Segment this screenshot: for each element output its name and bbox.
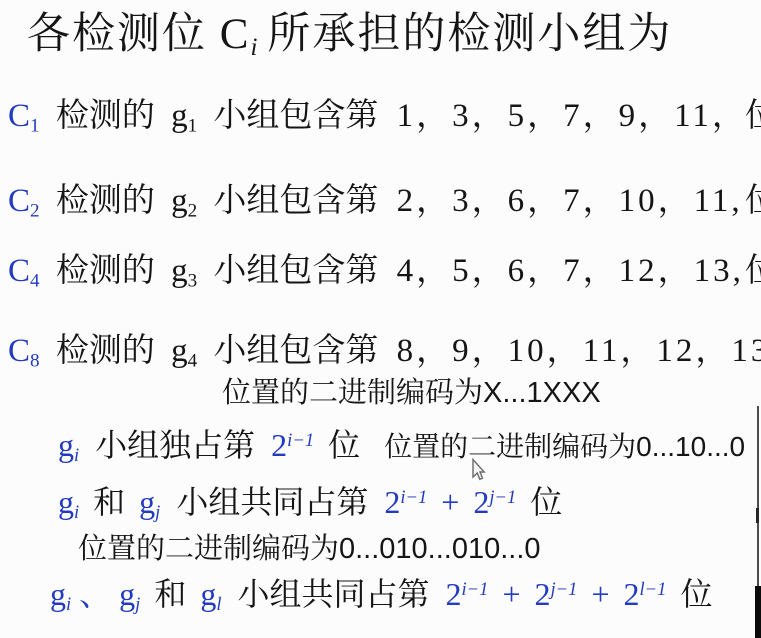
- group-index: j: [155, 502, 160, 523]
- power-base: 2: [384, 484, 400, 520]
- binary-note-010-010: 位置的二进制编码为0...010...010...0: [78, 533, 541, 566]
- detect-text: 检测的: [56, 253, 155, 289]
- power-formula: 2i−1: [446, 576, 489, 612]
- group-label: g4: [171, 333, 197, 369]
- group-label: g2: [171, 183, 197, 219]
- group-label: g1: [171, 98, 197, 134]
- detect-text: 检测的: [56, 333, 155, 369]
- power-base: 2: [535, 576, 551, 612]
- group-index: i: [74, 445, 79, 466]
- and-text: 和: [154, 576, 186, 612]
- power-exponent: i−1: [287, 430, 314, 451]
- group-letter: g: [171, 98, 188, 134]
- power-formula: 2j−1: [535, 576, 578, 612]
- group-letter: g: [200, 576, 216, 612]
- power-exponent: l−1: [640, 579, 667, 600]
- enumeration-comma: 、: [79, 576, 111, 612]
- bit-suffix: 位: [745, 183, 761, 221]
- group-letter: g: [139, 484, 155, 520]
- group-label: gj: [139, 484, 160, 520]
- check-bit-letter: C: [8, 253, 30, 289]
- group-letter: g: [171, 333, 188, 369]
- bit-suffix: 位: [745, 98, 761, 136]
- check-bit-letter: C: [8, 98, 30, 134]
- gij-shared-line: gi 和 gj 小组共同占第 2i−1 + 2j−1 位: [58, 484, 562, 524]
- power-formula: 2j−1: [473, 484, 516, 520]
- contains-text: 小组包含第: [213, 253, 378, 289]
- video-edge-tick: [756, 508, 759, 523]
- title-subscript: i: [250, 34, 259, 61]
- group-label: g3: [171, 253, 197, 289]
- contains-text: 小组包含第: [213, 98, 378, 134]
- video-edge-line: [757, 406, 759, 586]
- power-exponent: i−1: [462, 579, 489, 600]
- check-bit-index: 2: [30, 200, 40, 221]
- group-letter: g: [171, 183, 188, 219]
- group-letter: g: [119, 576, 135, 612]
- group-label: gi: [58, 427, 79, 463]
- position-numbers: 8，9，10，11，12，13,: [397, 333, 761, 369]
- detect-text: 检测的: [56, 183, 155, 219]
- group-letter: g: [58, 484, 74, 520]
- lecture-slide: 各检测位 Ci所承担的检测小组为 C1 检测的 g1 小组包含第 1，3，5，7…: [0, 0, 761, 638]
- bit-suffix: 位: [680, 576, 712, 612]
- position-numbers: 4，5，6，7，12，13,: [397, 253, 744, 289]
- check-bit-label: C4: [8, 253, 40, 289]
- shared-text: 小组共同占第: [176, 484, 368, 520]
- exclusive-text: 小组独占第: [95, 427, 255, 463]
- gijl-shared-line: gi 、 gj 和 gl 小组共同占第 2i−1 + 2j−1 + 2l−1 位: [50, 576, 712, 616]
- power-base: 2: [446, 576, 462, 612]
- check-bit-index: 8: [30, 350, 40, 371]
- check-bit-label: C1: [8, 98, 40, 134]
- group-index: l: [216, 594, 221, 615]
- group-letter: g: [50, 576, 66, 612]
- group-index: i: [66, 594, 71, 615]
- bit-suffix: 位: [328, 427, 360, 463]
- power-formula: 2i−1: [384, 484, 427, 520]
- check-group-row-c1: C1 检测的 g1 小组包含第 1，3，5，7，9，11， ··· 位: [8, 98, 761, 137]
- binary-note-010: 位置的二进制编码为0...10...0: [384, 431, 745, 462]
- detect-text: 检测的: [56, 98, 155, 134]
- check-bit-index: 4: [30, 270, 40, 291]
- title-text-pre: 各检测位 C: [27, 11, 250, 58]
- plus-sign: +: [441, 484, 459, 520]
- group-label: gj: [119, 576, 140, 612]
- check-bit-label: C2: [8, 183, 40, 219]
- power-exponent: j−1: [489, 487, 516, 508]
- power-formula: 2i−1: [271, 427, 314, 463]
- check-group-row-c2: C2 检测的 g2 小组包含第 2，3，6，7，10，11, ··· 位: [8, 183, 761, 222]
- power-base: 2: [473, 484, 489, 520]
- plus-sign: +: [502, 576, 520, 612]
- check-group-row-c4: C4 检测的 g3 小组包含第 4，5，6，7，12，13, ··· 位: [8, 253, 761, 292]
- position-numbers: 2，3，6，7，10，11,: [397, 183, 743, 219]
- power-exponent: i−1: [400, 487, 427, 508]
- binary-note-x1xxx: 位置的二进制编码为X...1XXX: [222, 377, 601, 410]
- contains-text: 小组包含第: [213, 183, 378, 219]
- page-title: 各检测位 Ci所承担的检测小组为: [27, 10, 672, 63]
- group-index: 1: [188, 115, 198, 136]
- bit-suffix: 位: [530, 484, 562, 520]
- group-label: gl: [200, 576, 221, 612]
- power-base: 2: [271, 427, 287, 463]
- group-letter: g: [171, 253, 188, 289]
- gi-exclusive-line: gi 小组独占第 2i−1 位 位置的二进制编码为0...10...0: [58, 427, 745, 467]
- group-index: j: [135, 594, 140, 615]
- video-edge-bar: [755, 586, 761, 638]
- group-index: 2: [188, 200, 198, 221]
- group-label: gi: [50, 576, 71, 612]
- mouse-cursor-icon: [470, 458, 487, 483]
- check-group-row-c8: C8 检测的 g4 小组包含第 8，9，10，11，12，13, ···: [8, 333, 761, 372]
- group-label: gi: [58, 484, 79, 520]
- power-formula: 2l−1: [624, 576, 667, 612]
- group-index: i: [74, 502, 79, 523]
- power-base: 2: [624, 576, 640, 612]
- check-bit-letter: C: [8, 183, 30, 219]
- group-index: 4: [188, 350, 198, 371]
- contains-text: 小组包含第: [213, 333, 378, 369]
- position-numbers: 1，3，5，7，9，11，: [397, 98, 748, 134]
- plus-sign: +: [591, 576, 609, 612]
- group-index: 3: [188, 270, 198, 291]
- power-exponent: j−1: [551, 579, 578, 600]
- group-letter: g: [58, 427, 74, 463]
- check-bit-letter: C: [8, 333, 30, 369]
- shared-text: 小组共同占第: [238, 576, 430, 612]
- title-text-post: 所承担的检测小组为: [267, 11, 672, 58]
- and-text: 和: [93, 484, 125, 520]
- check-bit-label: C8: [8, 333, 40, 369]
- bit-suffix: 位: [745, 253, 761, 291]
- check-bit-index: 1: [30, 115, 40, 136]
